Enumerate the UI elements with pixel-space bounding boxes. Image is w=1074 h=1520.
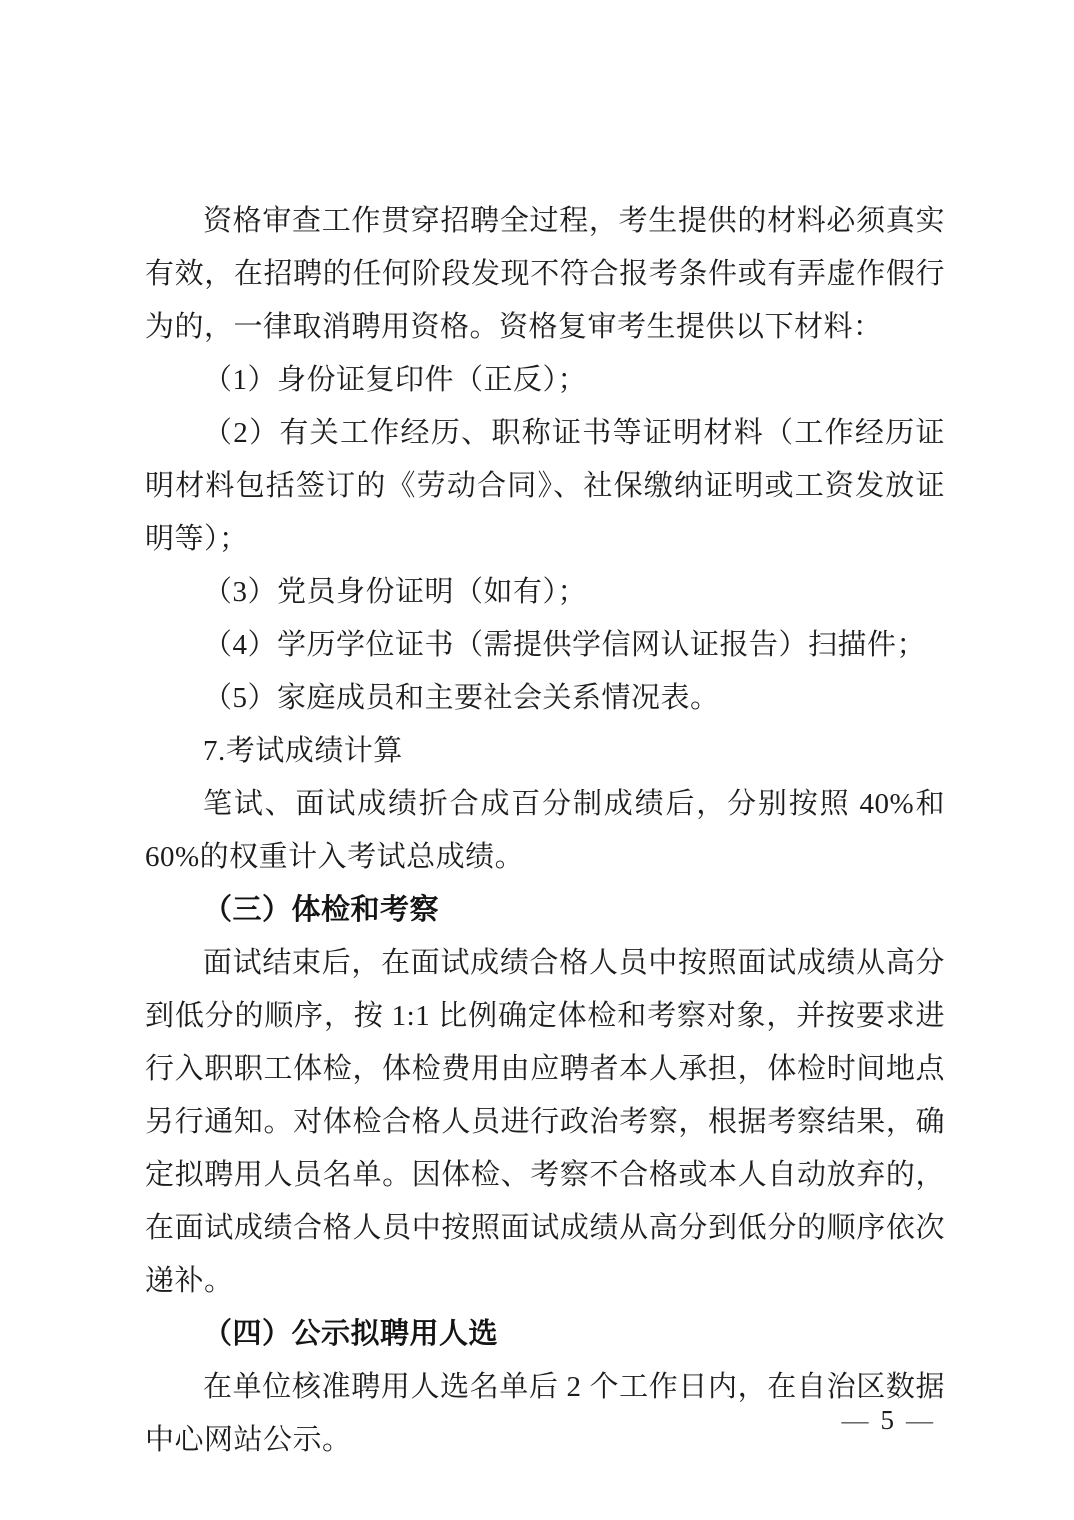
- list-item-3-party-membership: （3）党员身份证明（如有）；: [145, 566, 945, 619]
- list-item-2-work-experience: （2）有关工作经历、职称证书等证明材料（工作经历证明材料包括签订的《劳动合同》、…: [145, 407, 945, 566]
- page-number: 5: [881, 1405, 895, 1435]
- section-heading-physical-exam: （三）体检和考察: [145, 884, 945, 937]
- page-footer: —5—: [0, 1405, 945, 1436]
- document-body: 资格审查工作贯穿招聘全过程，考生提供的材料必须真实有效，在招聘的任何阶段发现不符…: [145, 195, 945, 1467]
- body-paragraph-score-weights: 笔试、面试成绩折合成百分制成绩后，分别按照 40%和 60%的权重计入考试总成绩…: [145, 778, 945, 884]
- page-number-dash-left: —: [842, 1405, 869, 1436]
- body-paragraph-physical-exam-details: 面试结束后，在面试成绩合格人员中按照面试成绩从高分到低分的顺序，按 1:1 比例…: [145, 937, 945, 1308]
- page-number-dash-right: —: [906, 1405, 933, 1436]
- list-item-1-id-copy: （1）身份证复印件（正反）；: [145, 354, 945, 407]
- body-paragraph-qualification-review: 资格审查工作贯穿招聘全过程，考生提供的材料必须真实有效，在招聘的任何阶段发现不符…: [145, 195, 945, 354]
- list-item-5-family-members: （5）家庭成员和主要社会关系情况表。: [145, 672, 945, 725]
- section-heading-publicity: （四）公示拟聘用人选: [145, 1308, 945, 1361]
- list-item-4-diploma: （4）学历学位证书（需提供学信网认证报告）扫描件；: [145, 619, 945, 672]
- document-page: 资格审查工作贯穿招聘全过程，考生提供的材料必须真实有效，在招聘的任何阶段发现不符…: [0, 0, 1074, 1520]
- body-paragraph-exam-score-title: 7.考试成绩计算: [145, 725, 945, 778]
